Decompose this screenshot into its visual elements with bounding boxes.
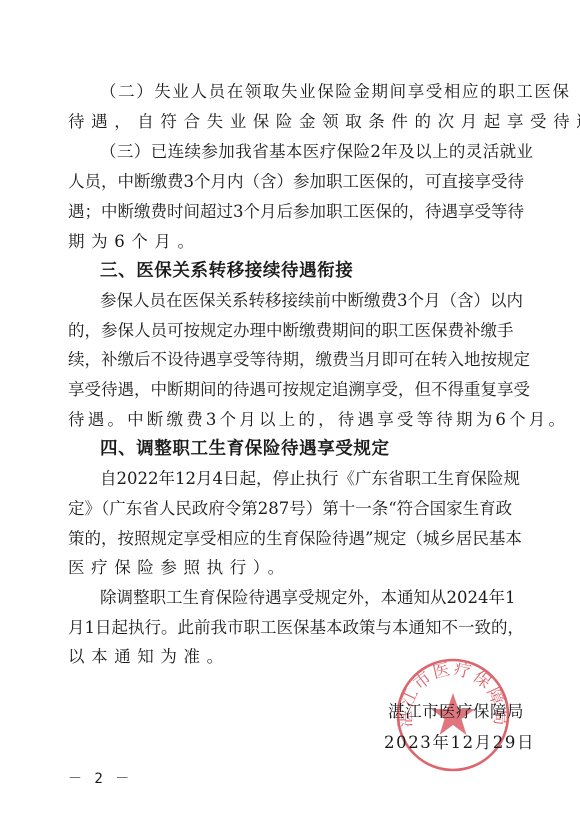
paragraph-line: 待遇。中断缴费3个月以上的，待遇享受等待期为6个月。 — [68, 408, 509, 432]
paragraph-line: 除调整职工生育保险待遇享受规定外，本通知从2024年1 — [100, 586, 509, 610]
paragraph-line: 的，参保人员可按规定办理中断缴费期间的职工医保费补缴手 — [68, 319, 509, 343]
paragraph-line: 参保人员在医保关系转移接续前中断缴费3个月（含）以内 — [100, 289, 509, 313]
paragraph-line: （三）已连续参加我省基本医疗保险2年及以上的灵活就业 — [100, 140, 509, 164]
issue-date: 2023年12月29日 — [384, 731, 535, 755]
document-page: （二）失业人员在领取失业保险金期间享受相应的职工医保 待遇，自符合失业保险金领取… — [0, 0, 580, 823]
paragraph-line: 自2022年12月4日起，停止执行《广东省职工生育保险规 — [100, 467, 509, 491]
paragraph-line: 策的，按照规定享受相应的生育保险待遇”规定（城乡居民基本 — [68, 527, 509, 551]
paragraph-line: 享受待遇，中断期间的待遇可按规定追溯享受，但不得重复享受 — [68, 378, 509, 402]
paragraph-line: 月1日起执行。此前我市职工医保基本政策与本通知不一致的， — [68, 616, 509, 640]
page-number: － 2 － — [68, 770, 131, 788]
paragraph-line: 续，补缴后不设待遇享受等待期，缴费当月即可在转入地按规定 — [68, 348, 509, 372]
section-heading-3: 三、医保关系转移接续待遇衔接 — [100, 258, 353, 284]
paragraph-line: 人员，中断缴费3个月内（含）参加职工医保的，可直接享受待 — [68, 170, 509, 194]
section-heading-4: 四、调整职工生育保险待遇享受规定 — [100, 436, 390, 462]
paragraph-line: 定》（广东省人民政府令第287号）第十一条“符合国家生育政 — [68, 497, 509, 521]
paragraph-line: 待遇，自符合失业保险金领取条件的次月起享受待遇。 — [68, 110, 509, 134]
paragraph-line: 遇；中断缴费时间超过3个月后参加职工医保的，待遇享受等待 — [68, 200, 509, 224]
paragraph-line: 期为6个月。 — [68, 230, 509, 254]
paragraph-line: （二）失业人员在领取失业保险金期间享受相应的职工医保 — [100, 80, 509, 104]
issuer-name: 湛江市医疗保障局 — [388, 700, 524, 724]
paragraph-line: 医疗保险参照执行）。 — [68, 556, 509, 580]
